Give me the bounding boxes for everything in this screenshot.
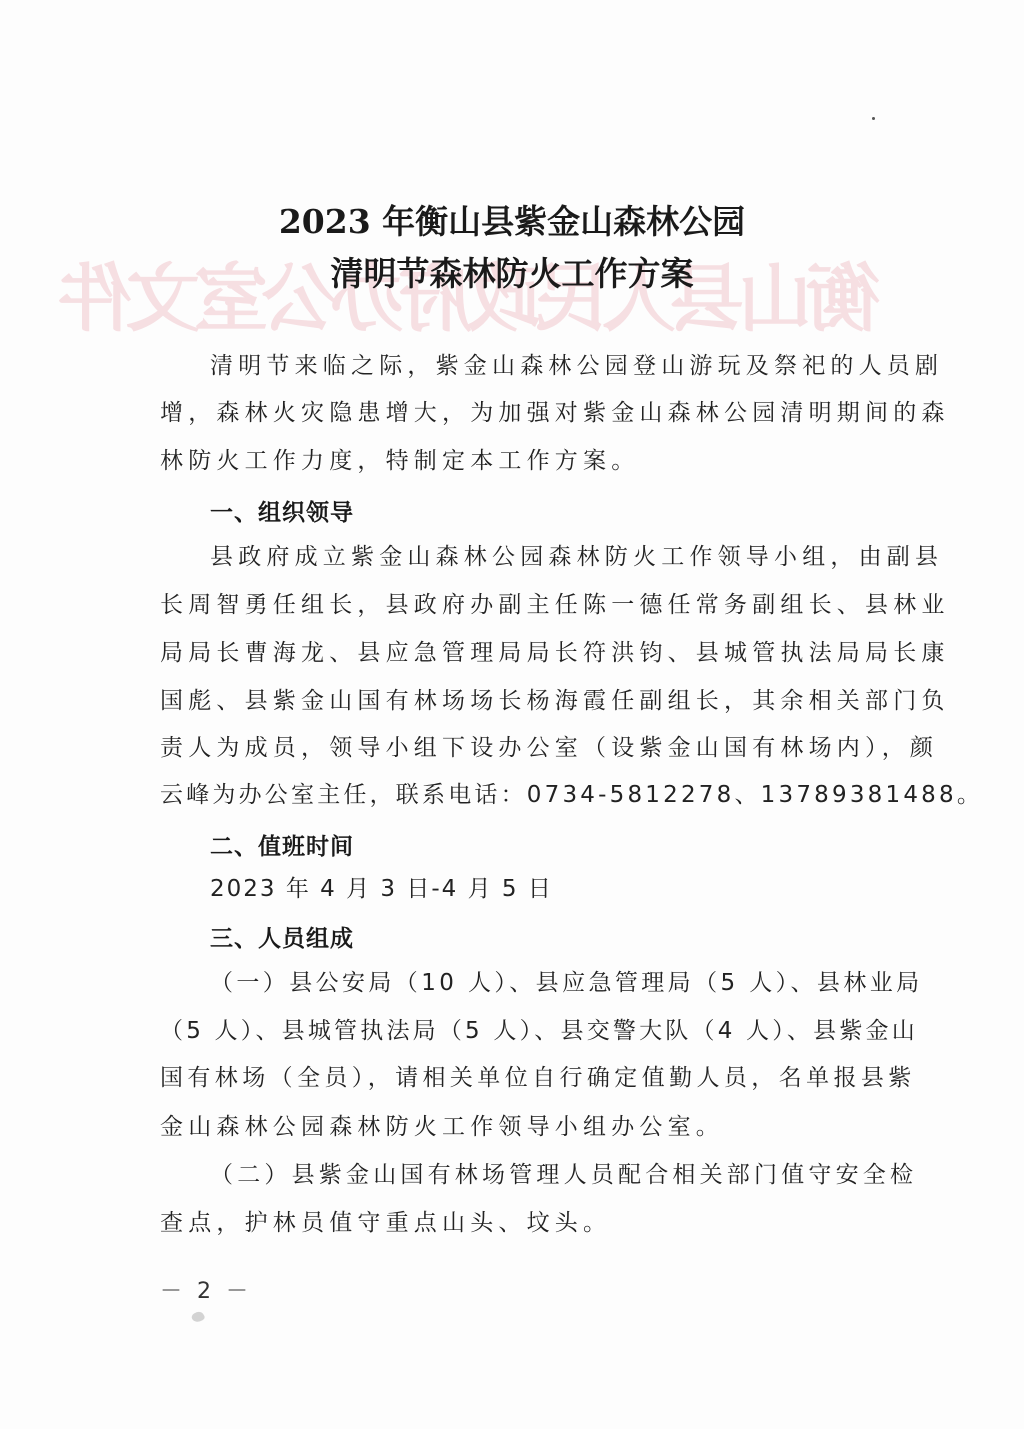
page-number: － 2 － xyxy=(160,1274,252,1305)
scan-speck xyxy=(872,117,875,120)
section-heading-personnel: 三、人员组成 xyxy=(210,920,354,953)
section-line: （5 人）、县城管执法局（5 人）、县交警大队（4 人）、县紫金山 xyxy=(160,1016,890,1046)
section-line: 国彪、县紫金山国有林场场长杨海霞任副组长，其余相关部门负 xyxy=(160,686,890,716)
section-line: 查点，护林员值守重点山头、坟头。 xyxy=(160,1208,890,1238)
section-line: 长周智勇任组长，县政府办副主任陈一德任常务副组长、县林业 xyxy=(160,590,890,620)
section-line: （一）县公安局（10 人）、县应急管理局（5 人）、县林业局 xyxy=(210,968,890,998)
document-title-line-2: 清明节森林防火工作方案 xyxy=(0,248,1024,295)
section-line: 金山森林公园森林防火工作领导小组办公室。 xyxy=(160,1112,890,1142)
document-title-line-1: 2023 年衡山县紫金山森林公园 xyxy=(0,196,1024,243)
intro-line: 增，森林火灾隐患增大，为加强对紫金山森林公园清明期间的森 xyxy=(160,398,890,428)
section-line: 局局长曹海龙、县应急管理局局长符洪钧、县城管执法局局长康 xyxy=(160,638,890,668)
section-line: 县政府成立紫金山森林公园森林防火工作领导小组，由副县 xyxy=(210,542,890,572)
section-line: 国有林场（全员），请相关单位自行确定值勤人员，名单报县紫 xyxy=(160,1063,890,1093)
duty-date-range: 2023 年 4 月 3 日-4 月 5 日 xyxy=(210,874,890,904)
section-heading-duty-time: 二、值班时间 xyxy=(210,828,354,861)
intro-line: 清明节来临之际，紫金山森林公园登山游玩及祭祀的人员剧 xyxy=(210,351,890,381)
scan-smudge xyxy=(190,1310,205,1325)
section-line: （二）县紫金山国有林场管理人员配合相关部门值守安全检 xyxy=(210,1160,890,1190)
section-line: 责人为成员，领导小组下设办公室（设紫金山国有林场内），颜 xyxy=(160,733,890,763)
section-heading-organization: 一、组织领导 xyxy=(210,494,354,527)
section-line-contact: 云峰为办公室主任，联系电话：0734-5812278、13789381488。 xyxy=(160,780,890,810)
intro-line: 林防火工作力度，特制定本工作方案。 xyxy=(160,446,890,476)
document-page: 衡山县人民政府办公室文件 2023 年衡山县紫金山森林公园 清明节森林防火工作方… xyxy=(0,0,1024,1429)
